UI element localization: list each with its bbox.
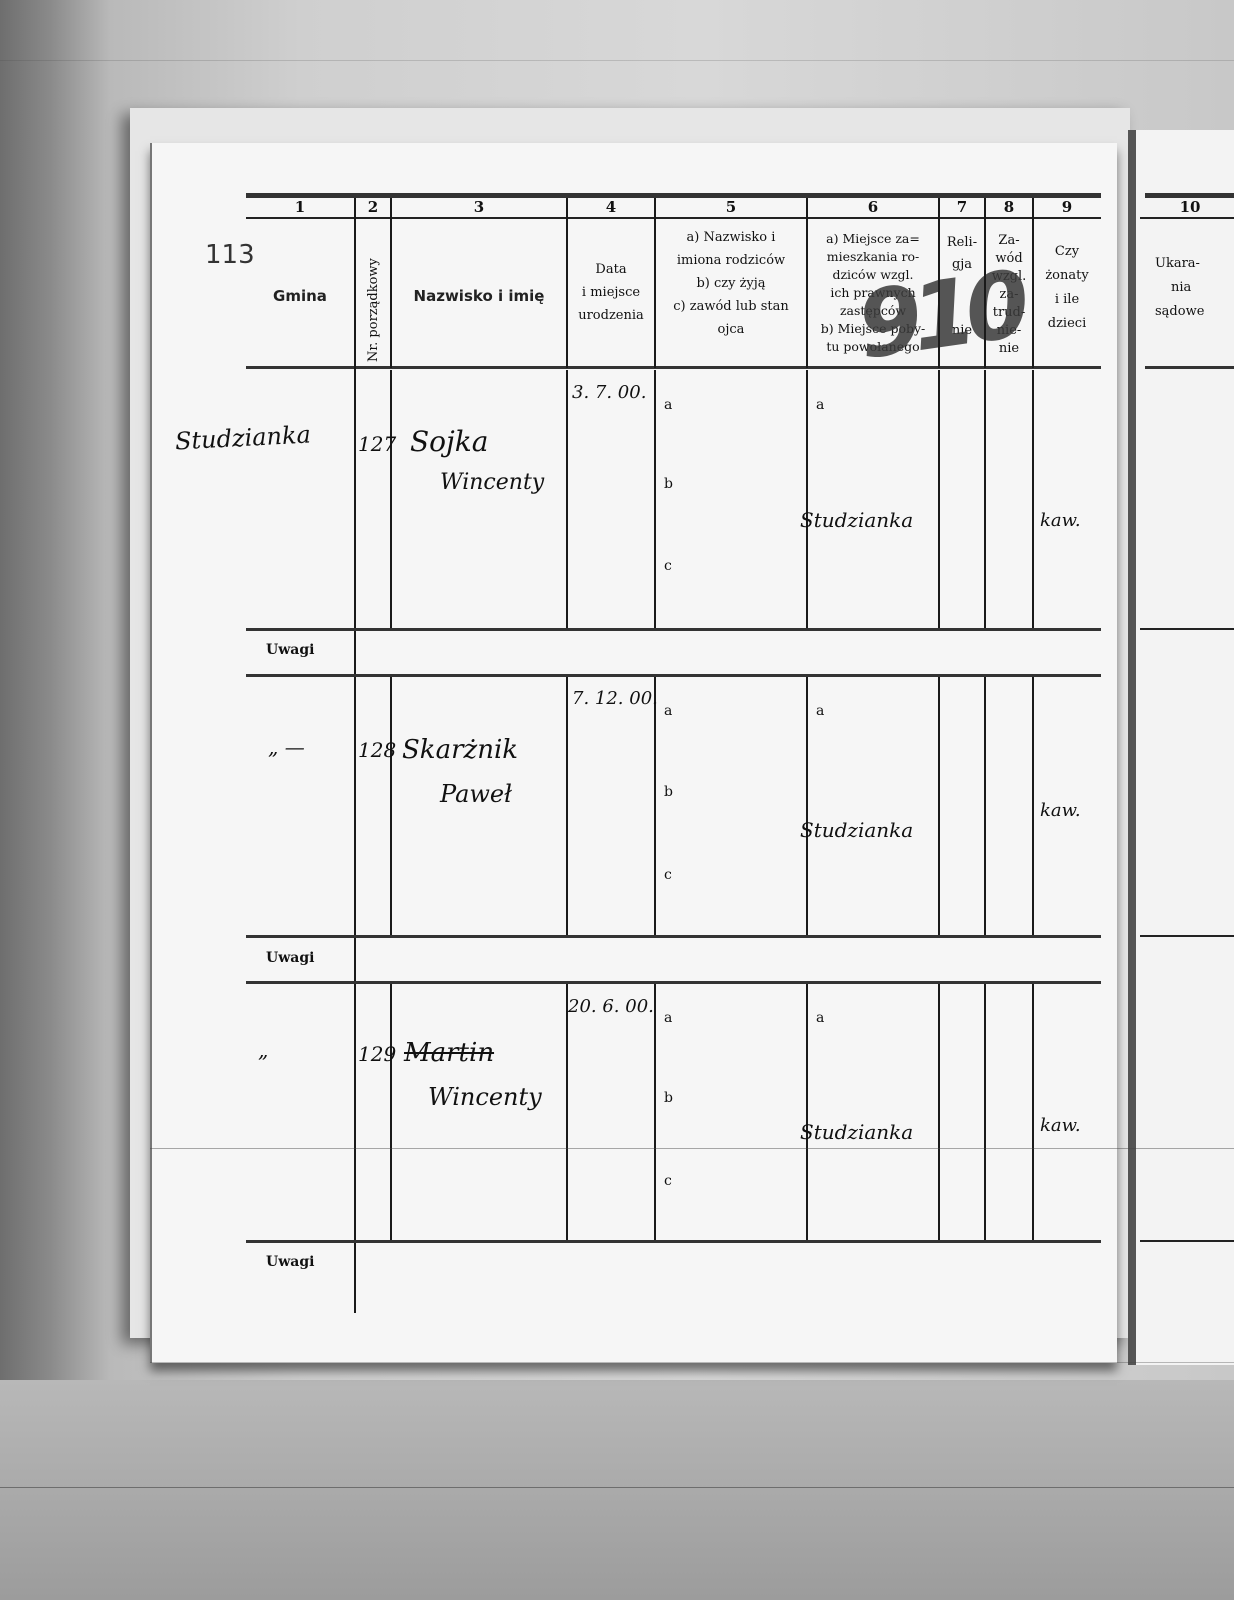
column-divider: [984, 984, 986, 1240]
uwagi-label: Uwagi: [266, 1254, 314, 1270]
uwagi-bottom-rule: [246, 981, 1101, 984]
uwagi-label: Uwagi: [266, 950, 314, 966]
column-number: 6: [808, 198, 938, 216]
column-divider: [984, 370, 986, 628]
sub-label-c: c: [664, 1173, 672, 1189]
header-line: nia: [1155, 276, 1234, 300]
entry-given-name: Wincenty: [428, 1083, 542, 1111]
uwagi-bottom-rule: [246, 674, 1101, 677]
column-divider: [1032, 370, 1034, 628]
column-number: 8: [986, 198, 1032, 216]
header-line: ojca: [656, 318, 806, 341]
column-divider: [566, 984, 568, 1240]
column-divider: [984, 677, 986, 935]
column-header-parents: a) Nazwisko i imiona rodziców b) czy żyj…: [656, 226, 806, 341]
sub-label-a: a: [816, 703, 824, 719]
entry-number: 129: [358, 1042, 396, 1066]
column-divider: [566, 370, 568, 628]
column-number: 3: [392, 198, 566, 216]
sub-label-b: b: [664, 1090, 673, 1106]
header-bottom-rule-right: [1145, 366, 1234, 369]
column-header-birth: Data i miejsce urodzenia: [568, 258, 654, 327]
column-header-married: Czy żonaty i ile dzieci: [1034, 240, 1100, 336]
entry-married-status: kaw.: [1040, 510, 1081, 531]
sub-label-b: b: [664, 476, 673, 492]
column-number: 2: [356, 198, 390, 216]
entry-married-status: kaw.: [1040, 800, 1081, 821]
header-line: Za-: [986, 232, 1032, 250]
column-number: 9: [1034, 198, 1100, 216]
column-number: 10: [1150, 198, 1230, 216]
header-line: b) czy żyją: [656, 272, 806, 295]
scan-artifact-line: [150, 1362, 1234, 1363]
column-divider: [566, 677, 568, 935]
column-divider: [566, 198, 568, 368]
scan-artifact-line: [150, 1148, 1234, 1149]
column-divider: [938, 677, 940, 935]
header-line: a) Nazwisko i: [656, 226, 806, 249]
scan-artifact-line: [0, 1487, 1234, 1488]
column-divider: [938, 198, 940, 368]
entry-bottom-rule-right: [1140, 1240, 1234, 1242]
entry-surname: Martin: [404, 1038, 494, 1068]
column-divider: [806, 370, 808, 628]
column-divider: [354, 198, 356, 1313]
header-line: Reli-: [940, 232, 984, 254]
colnum-rule-right: [1140, 217, 1234, 219]
colnum-rule: [246, 217, 1101, 219]
column-divider: [390, 370, 392, 628]
header-line: Czy: [1034, 240, 1100, 264]
entry-given-name: Wincenty: [440, 470, 544, 495]
header-line: Data: [568, 258, 654, 281]
column-number: 7: [940, 198, 984, 216]
column-number: 1: [246, 198, 354, 216]
entry-bottom-rule: [246, 628, 1101, 631]
column-header-nr: Nr. porządkowy: [366, 258, 381, 362]
column-divider: [1032, 198, 1034, 368]
entry-birth-date: 3. 7. 00.: [572, 382, 646, 403]
header-line: sądowe: [1155, 300, 1234, 324]
header-line: Ukara-: [1155, 252, 1234, 276]
column-divider: [654, 198, 656, 368]
column-divider: [1032, 984, 1034, 1240]
header-line: żonaty: [1034, 264, 1100, 288]
sub-label-a: a: [664, 1010, 672, 1026]
column-divider: [654, 984, 656, 1240]
entry-residence: Studzianka: [800, 508, 913, 532]
entry-bottom-rule: [246, 1240, 1101, 1243]
entry-residence: Studzianka: [800, 818, 913, 842]
column-divider: [390, 677, 392, 935]
header-line: urodzenia: [568, 304, 654, 327]
header-bottom-rule: [246, 366, 1101, 369]
entry-number: 127: [358, 432, 396, 456]
entry-birth-date: 7. 12. 00.: [572, 688, 658, 709]
entry-residence: Studzianka: [800, 1120, 913, 1144]
sub-label-c: c: [664, 558, 672, 574]
column-number: 5: [656, 198, 806, 216]
scan-artifact-line: [0, 60, 1234, 61]
sub-label-a: a: [816, 1010, 824, 1026]
column-header-penalties: Ukara- nia sądowe: [1145, 252, 1234, 324]
sub-label-b: b: [664, 784, 673, 800]
uwagi-label: Uwagi: [266, 642, 314, 658]
column-divider: [390, 198, 392, 368]
column-divider: [938, 984, 940, 1240]
entry-bottom-rule-right: [1140, 935, 1234, 937]
header-line: i ile: [1034, 288, 1100, 312]
column-divider: [806, 984, 808, 1240]
header-line: c) zawód lub stan: [656, 295, 806, 318]
header-line: a) Miejsce za=: [808, 230, 938, 248]
column-divider: [654, 677, 656, 935]
column-divider: [654, 370, 656, 628]
entry-bottom-rule-right: [1140, 628, 1234, 630]
entry-surname: Skarżnik: [402, 735, 518, 765]
column-divider: [1032, 677, 1034, 935]
entry-married-status: kaw.: [1040, 1115, 1081, 1136]
column-divider: [806, 198, 808, 368]
entry-number: 128: [358, 738, 396, 762]
header-line: dzieci: [1034, 312, 1100, 336]
column-divider: [938, 370, 940, 628]
sub-label-a: a: [664, 397, 672, 413]
entry-gmina-ditto: „ —: [268, 735, 305, 759]
sub-label-a: a: [664, 703, 672, 719]
entry-given-name: Paweł: [440, 780, 512, 808]
entry-gmina-ditto: „: [258, 1038, 268, 1062]
column-number: 4: [568, 198, 654, 216]
column-header-name: Nazwisko i imię: [392, 287, 566, 305]
column-divider: [806, 677, 808, 935]
column-divider: [984, 198, 986, 368]
sub-label-a: a: [816, 397, 824, 413]
entry-surname: Sojka: [410, 425, 488, 458]
sub-label-c: c: [664, 867, 672, 883]
margin-note: 113: [205, 240, 255, 270]
header-line: imiona rodziców: [656, 249, 806, 272]
column-divider: [390, 984, 392, 1240]
header-line: i miejsce: [568, 281, 654, 304]
column-header-gmina: Gmina: [246, 287, 354, 305]
entry-birth-date: 20. 6. 00.: [568, 996, 654, 1017]
entry-bottom-rule: [246, 935, 1101, 938]
scanner-background: [0, 1380, 1234, 1600]
